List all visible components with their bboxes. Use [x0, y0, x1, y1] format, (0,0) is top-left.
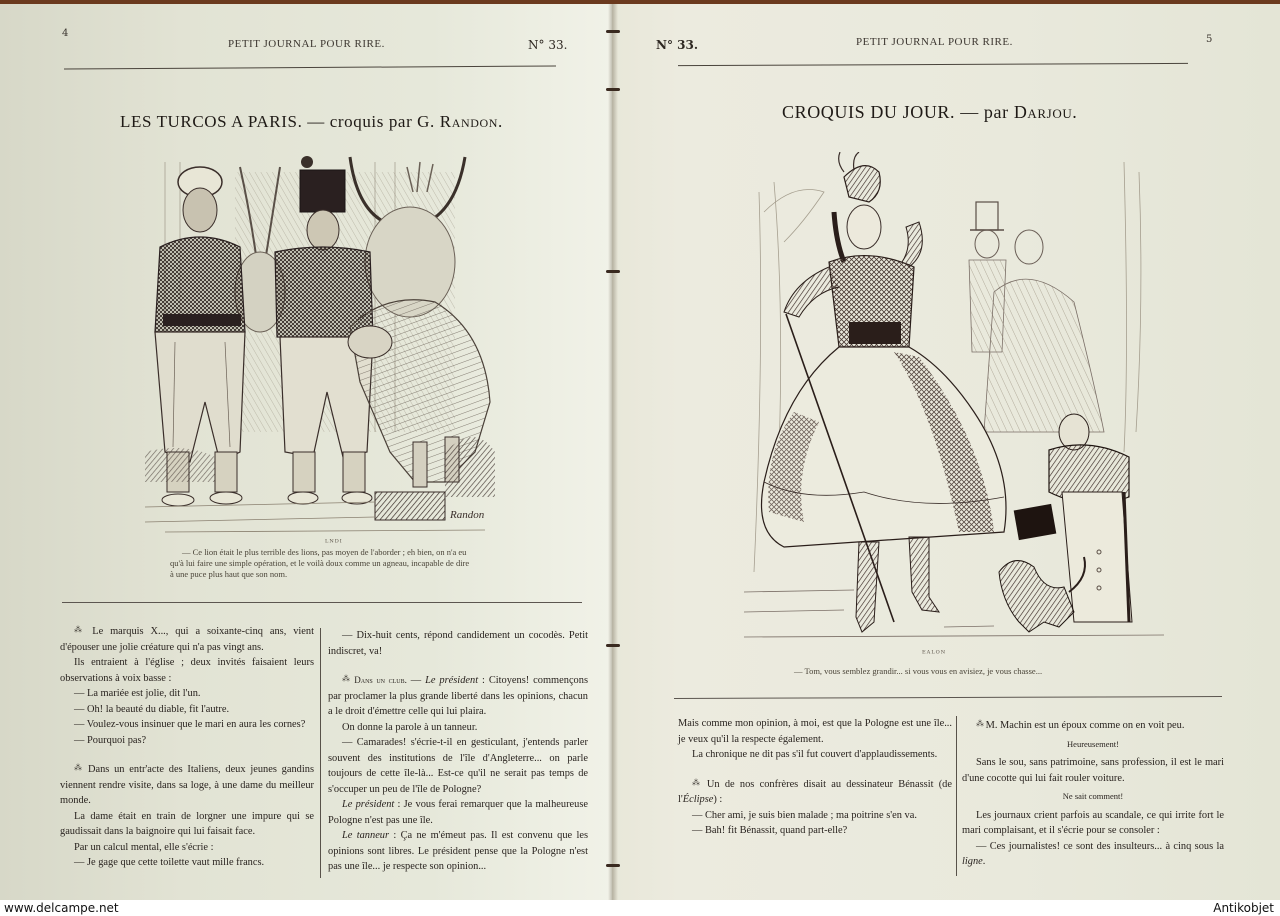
- paragraph: La dame était en train de lorgner une im…: [60, 809, 314, 840]
- paragraph: ⁂ Dans un club. — Le président : Citoyen…: [328, 671, 588, 720]
- title-author: Darjou.: [1014, 102, 1078, 122]
- running-head: PETIT JOURNAL POUR RIRE.: [856, 36, 1013, 48]
- text-column-2: — Dix-huit cents, répond candidement un …: [328, 628, 588, 875]
- left-page: 4 PETIT JOURNAL POUR RIRE. N° 33. LES TU…: [0, 4, 612, 900]
- title-main: LES TURCOS A PARIS.: [120, 112, 302, 131]
- title-author: Randon.: [440, 112, 503, 131]
- watermark-site: www.delcampe.net: [4, 900, 119, 916]
- paragraph: — Dix-huit cents, répond candidement un …: [328, 628, 588, 659]
- asterism-icon: ⁂: [74, 763, 83, 772]
- section-subhead: Ne sait comment!: [962, 789, 1224, 805]
- binding-stitch: [606, 270, 620, 273]
- paragraph: — Je gage que cette toilette vaut mille …: [60, 855, 314, 871]
- text-column-2: ⁂ M. Machin est un époux comme on en voi…: [962, 716, 1224, 870]
- engraver-mark: ᴱᴬᴸᴼᴺ: [922, 649, 946, 658]
- right-page: N° 33. PETIT JOURNAL POUR RIRE. 5 CROQUI…: [612, 4, 1280, 900]
- binding-stitch: [606, 30, 620, 33]
- asterism-icon: ⁂: [74, 625, 85, 634]
- paragraph: ⁂ Dans un entr'acte des Italiens, deux j…: [60, 760, 314, 809]
- paragraph: Ils entraient à l'église ; deux invités …: [60, 655, 314, 686]
- engraver-mark: ᴸᴺᴰᴵ: [325, 538, 343, 547]
- paragraph: Le président : Je vous ferai remarquer q…: [328, 797, 588, 828]
- paragraph: Mais comme mon opinion, à moi, est que l…: [678, 716, 952, 747]
- column-divider: [320, 628, 321, 878]
- asterism-icon: ⁂: [976, 719, 983, 728]
- section-rule: [674, 696, 1222, 699]
- article-title: LES TURCOS A PARIS. — croquis par G. Ran…: [120, 112, 503, 132]
- header-rule: [64, 65, 556, 69]
- artist-signature: Randon: [449, 509, 485, 521]
- open-journal-spread: 4 PETIT JOURNAL POUR RIRE. N° 33. LES TU…: [0, 4, 1280, 900]
- title-dash: — par: [955, 102, 1014, 122]
- paragraph: Le tanneur : Ça ne m'émeut pas. Il est c…: [328, 828, 588, 875]
- croquis-illustration: [744, 152, 1164, 647]
- paragraph: ⁂ M. Machin est un époux comme on en voi…: [962, 716, 1224, 734]
- issue-number: N° 33.: [656, 38, 698, 52]
- illustration-caption: — Tom, vous semblez grandir... si vous v…: [794, 666, 1134, 677]
- paragraph: Les journaux crient parfois au scandale,…: [962, 808, 1224, 839]
- paragraph: — Bah! fit Bénassit, quand part-elle?: [678, 823, 952, 839]
- running-head: PETIT JOURNAL POUR RIRE.: [228, 38, 385, 50]
- issue-number: N° 33.: [528, 38, 567, 52]
- paragraph: On donne la parole à un tanneur.: [328, 720, 588, 736]
- title-main: CROQUIS DU JOUR.: [782, 102, 955, 122]
- paragraph: — La mariée est jolie, dit l'un.: [60, 686, 314, 702]
- paragraph: — Camarades! s'écrie-t-il en gesticulant…: [328, 735, 588, 797]
- paragraph: — Pourquoi pas?: [60, 733, 314, 749]
- section-subhead: Heureusement!: [962, 737, 1224, 753]
- article-title: CROQUIS DU JOUR. — par Darjou.: [782, 102, 1077, 123]
- asterism-icon: ⁂: [692, 778, 702, 787]
- page-number: 5: [1206, 34, 1212, 45]
- text-column-1: Mais comme mon opinion, à moi, est que l…: [678, 716, 952, 839]
- binding-stitch: [606, 864, 620, 867]
- paragraph: ⁂ Le marquis X..., qui a soixante-cinq a…: [60, 622, 314, 655]
- title-dash: — croquis par G.: [302, 112, 439, 131]
- turcos-illustration: Randon: [145, 152, 495, 537]
- asterism-icon: ⁂: [342, 674, 350, 683]
- section-rule: [62, 602, 582, 603]
- paragraph: Sans le sou, sans patrimoine, sans profe…: [962, 755, 1224, 786]
- column-divider: [956, 716, 957, 876]
- paragraph: — Oh! la beauté du diable, fit l'autre.: [60, 702, 314, 718]
- text-column-1: ⁂ Le marquis X..., qui a soixante-cinq a…: [60, 622, 314, 871]
- watermark-strip: [0, 900, 1280, 916]
- watermark-seller: Antikobjet: [1213, 900, 1274, 916]
- paragraph: Par un calcul mental, elle s'écrie :: [60, 840, 314, 856]
- paragraph: La chronique ne dit pas s'il fut couvert…: [678, 747, 952, 763]
- binding-stitch: [606, 88, 620, 91]
- illustration-caption: — Ce lion était le plus terrible des lio…: [170, 547, 475, 580]
- paragraph: ⁂ Un de nos confrères disait au dessinat…: [678, 775, 952, 808]
- page-number: 4: [62, 28, 68, 39]
- paragraph: — Voulez-vous insinuer que le mari en au…: [60, 717, 314, 733]
- paragraph: — Cher ami, je suis bien malade ; ma poi…: [678, 808, 952, 824]
- binding-stitch: [606, 644, 620, 647]
- paragraph: — Ces journalistes! ce sont des insulteu…: [962, 839, 1224, 870]
- book-gutter: [608, 4, 618, 900]
- header-rule: [678, 63, 1188, 66]
